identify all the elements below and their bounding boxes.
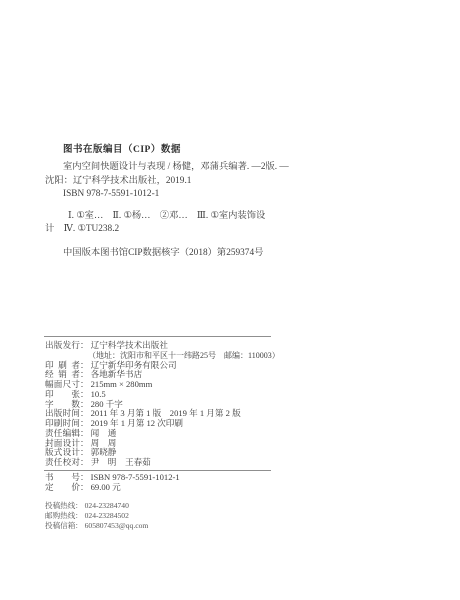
field-label: 投稿热线 (45, 501, 75, 511)
field-label: 邮购热线 (45, 511, 75, 521)
field-value: 各地新华书店 (89, 369, 143, 379)
field-value: 闻 通 (89, 428, 117, 438)
colon: ： (80, 408, 89, 418)
colon: ： (80, 360, 89, 370)
field-value: 024-23284502 (83, 511, 129, 520)
field-value: 605807453@qq.com (83, 521, 149, 530)
book-copyright-page: 图书在版编目（CIP）数据 室内空间快题设计与表现 / 杨健，邓蒲兵编著. —2… (0, 0, 460, 600)
cip-class-line: 计 Ⅳ. ①TU238.2 (45, 223, 315, 236)
colon: ： (80, 457, 89, 467)
cip-classification-block: Ⅰ. ①室… Ⅱ. ①杨… ②邓… Ⅲ. ①室内装饰设 计 Ⅳ. ①TU238.… (45, 210, 315, 236)
field-value: 郭晓静 (89, 447, 117, 457)
cip-entry-line: 室内空间快题设计与表现 / 杨健，邓蒲兵编著. —2版. — (45, 161, 315, 175)
field-value: 69.00 元 (89, 482, 121, 492)
cip-entry-line: 沈阳：辽宁科学技术出版社，2019.1 (45, 175, 315, 189)
cip-isbn-line: ISBN 978-7-5591-1012-1 (45, 188, 315, 202)
field-value: 周 周 (89, 438, 117, 448)
colophon-block: 出版发行：辽宁科学技术出版社 （地址：沈阳市和平区十一纬路25号 邮编：1100… (45, 341, 345, 468)
colon: ： (80, 482, 89, 492)
contact-block: 投稿热线：024-23284740 邮购热线：024-23284502 投稿信箱… (45, 501, 345, 530)
contact-row-submission-email: 投稿信箱：605807453@qq.com (45, 521, 345, 531)
field-label: 责任校对 (45, 458, 80, 468)
colon: ： (80, 369, 89, 379)
contact-row-order-hotline: 邮购热线：024-23284502 (45, 511, 345, 521)
field-label: 投稿信箱 (45, 521, 75, 531)
colon: ： (75, 511, 83, 520)
field-value: 2011 年 3 月第 1 版 2019 年 1 月第 2 版 (89, 408, 241, 418)
cip-entry-block: 室内空间快题设计与表现 / 杨健，邓蒲兵编著. —2版. — 沈阳：辽宁科学技术… (45, 161, 315, 202)
colon: ： (80, 340, 89, 350)
field-value: 尹 明 王春茹 (89, 457, 151, 467)
field-value: ISBN 978-7-5591-1012-1 (89, 472, 180, 482)
colon: ： (75, 521, 83, 530)
colon: ： (80, 389, 89, 399)
field-value: 2019 年 1 月第 12 次印刷 (89, 418, 183, 428)
colophon-row-isbn: 书号：ISBN 978-7-5591-1012-1 (45, 472, 345, 482)
field-value: 辽宁科学技术出版社 (89, 340, 168, 350)
colon: ： (80, 438, 89, 448)
colon: ： (75, 501, 83, 510)
field-label: 出版发行 (45, 341, 80, 351)
colon: ： (80, 379, 89, 389)
field-value: 024-23284740 (83, 501, 129, 510)
divider-rule-top (44, 336, 271, 337)
cip-header: 图书在版编目（CIP）数据 (63, 141, 181, 155)
field-value: 280 千字 (89, 399, 123, 409)
colon: ： (80, 418, 89, 428)
field-label: 定价 (45, 482, 80, 492)
field-value: 10.5 (89, 389, 106, 399)
cip-record-number: 中国版本图书馆CIP数据核字（2018）第259374号 (63, 244, 263, 258)
colon: ： (80, 399, 89, 409)
field-value: 辽宁新华印务有限公司 (89, 360, 177, 370)
cip-class-line: Ⅰ. ①室… Ⅱ. ①杨… ②邓… Ⅲ. ①室内装饰设 (45, 210, 315, 223)
field-label: 书号 (45, 472, 80, 482)
book-number-block: 书号：ISBN 978-7-5591-1012-1 定价：69.00 元 (45, 472, 345, 492)
contact-row-submission-hotline: 投稿热线：024-23284740 (45, 501, 345, 511)
colon: ： (80, 447, 89, 457)
colophon-row-publisher: 出版发行：辽宁科学技术出版社 (45, 341, 345, 351)
colophon-row-price: 定价：69.00 元 (45, 482, 345, 492)
colophon-row-proofreader: 责任校对：尹 明 王春茹 (45, 458, 345, 468)
colon: ： (80, 428, 89, 438)
field-value: 215mm × 280mm (89, 379, 153, 389)
divider-rule-bottom (44, 470, 271, 471)
colon: ： (80, 472, 89, 482)
